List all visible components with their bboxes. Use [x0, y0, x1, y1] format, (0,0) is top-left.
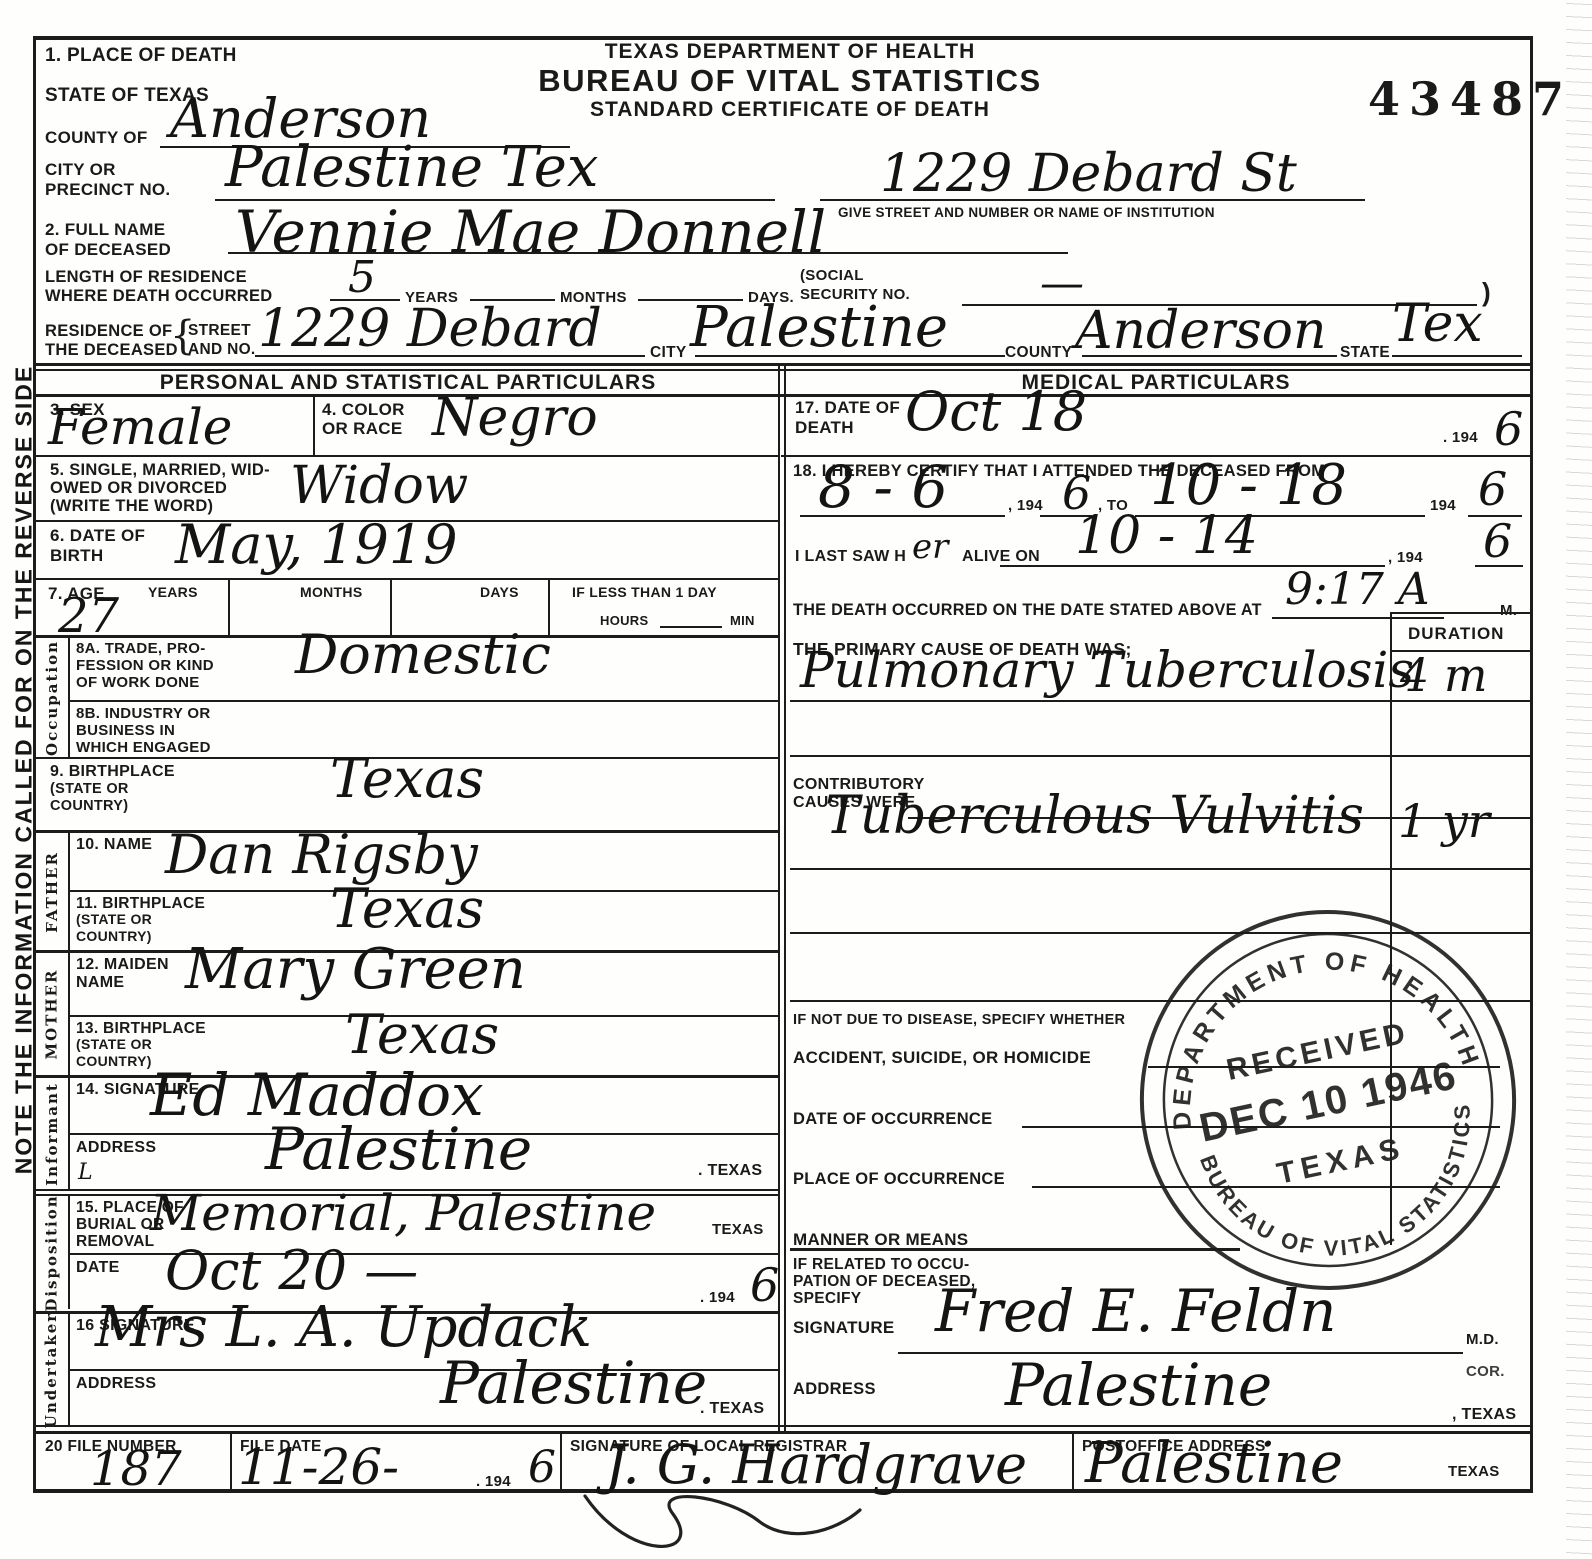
physician-address-label: ADDRESS	[793, 1380, 876, 1398]
birthdate-value: May, 1919	[175, 518, 458, 572]
ssn-close-paren: )	[1482, 278, 1491, 307]
duration-label: DURATION	[1408, 624, 1504, 643]
contributory-value: Tuberculous Vulvitis	[825, 790, 1364, 842]
street-hint: GIVE STREET AND NUMBER OR NAME OF INSTIT…	[838, 205, 1215, 220]
rule	[33, 394, 1533, 397]
mother-name-value: Mary Green	[185, 942, 526, 998]
marital-label-2: OWED OR DIVORCED	[50, 479, 227, 497]
informant-strip: Informant	[35, 1078, 70, 1189]
father-name-label: 10. NAME	[76, 836, 152, 854]
trade-label-2: FESSION OR KIND	[76, 658, 214, 675]
age-less-label: IF LESS THAN 1 DAY	[572, 585, 717, 601]
related-label-1: IF RELATED TO OCCU-	[793, 1256, 969, 1273]
rule	[790, 755, 1533, 757]
city-value: Palestine Tex	[225, 140, 599, 196]
city-label-1: CITY OR	[45, 160, 116, 179]
ssn-label-1: (SOCIAL	[800, 268, 864, 285]
color-label-2: OR RACE	[322, 419, 403, 438]
residence-years-value: 5	[348, 256, 376, 300]
ssn-value: —	[1040, 262, 1084, 306]
street-value: 1229 Debard St	[880, 148, 1297, 200]
burial-date-year-hw: 6	[750, 1262, 779, 1308]
stray-pen-stroke	[555, 1492, 885, 1558]
not-disease-label: IF NOT DUE TO DISEASE, SPECIFY WHETHER	[793, 1012, 1125, 1028]
trade-value: Domestic	[295, 628, 551, 682]
duration-box-top	[1390, 612, 1533, 614]
rule	[33, 363, 1533, 366]
certify-year2-hw: 6	[1478, 466, 1507, 512]
sex-value: Female	[48, 402, 232, 452]
marital-value: Widow	[290, 460, 468, 512]
rule	[1082, 355, 1337, 357]
death-date-year-printed: . 194	[1443, 430, 1478, 447]
residence-county-value: Anderson	[1075, 305, 1326, 357]
last-saw-label-1: I LAST SAW H	[795, 548, 906, 566]
county-label: COUNTY OF	[45, 128, 148, 147]
certify-year1-printed: , 194	[1008, 498, 1043, 515]
fullname-label-1: 2. FULL NAME	[45, 220, 165, 239]
birthdate-label-2: BIRTH	[50, 546, 103, 565]
burial-label-3: REMOVAL	[76, 1233, 154, 1250]
burial-date-year-printed: . 194	[700, 1290, 735, 1307]
column-divider	[784, 363, 786, 1432]
undertaker-strip: Undertaker	[35, 1314, 70, 1425]
residence-label-2: THE DECEASED	[45, 341, 178, 359]
mother-name-label-1: 12. MAIDEN	[76, 956, 169, 974]
burial-date-label: DATE	[76, 1259, 120, 1277]
color-label-1: 4. COLOR	[322, 400, 405, 419]
mother-name-label-2: NAME	[76, 974, 124, 992]
last-saw-label-2: ALIVE ON	[962, 548, 1040, 566]
burial-date-value: Oct 20 —	[165, 1244, 418, 1298]
age-years-label: YEARS	[148, 585, 198, 601]
mother-bp-label-1: 13. BIRTHPLACE	[76, 1020, 206, 1037]
residence-length-label-2: WHERE DEATH OCCURRED	[45, 287, 273, 305]
physician-address-value: Palestine	[1005, 1356, 1272, 1414]
mother-bp-value: Texas	[345, 1008, 499, 1062]
place-of-death-label: 1. PLACE OF DEATH	[45, 45, 237, 66]
death-time-label: THE DEATH OCCURRED ON THE DATE STATED AB…	[793, 601, 1262, 619]
father-bp-label-1: 11. BIRTHPLACE	[76, 895, 205, 912]
rule	[790, 700, 1533, 702]
burial-value: Memorial, Palestine	[150, 1188, 656, 1238]
manner-label: MANNER OR MEANS	[793, 1230, 968, 1249]
death-certificate-scan: NOTE THE INFORMATION CALLED FOR ON THE R…	[0, 0, 1592, 1559]
birthplace-label-1: 9. BIRTHPLACE	[50, 763, 175, 781]
residence-county-label: COUNTY	[1005, 344, 1072, 361]
street-no-label-1: STREET	[188, 322, 251, 339]
father-bp-label-3: COUNTRY)	[76, 929, 152, 945]
death-date-value: Oct 18	[905, 385, 1087, 439]
postoffice-state: TEXAS	[1448, 1464, 1500, 1481]
postoffice-value: Palestine	[1085, 1436, 1343, 1492]
undertaker-addr-value: Palestine	[440, 1354, 707, 1412]
title-line: STANDARD CERTIFICATE OF DEATH	[460, 98, 1120, 122]
rule	[1272, 617, 1444, 619]
rule	[228, 578, 230, 635]
rule	[1475, 565, 1523, 567]
mother-strip: MOTHER	[35, 953, 70, 1075]
undertaker-addr-state: . TEXAS	[700, 1400, 764, 1418]
rule	[790, 868, 1533, 870]
mother-bp-label-3: COUNTRY)	[76, 1054, 152, 1070]
physician-address-state: , TEXAS	[1452, 1406, 1516, 1424]
rule	[660, 626, 722, 628]
rule	[1392, 355, 1522, 357]
informant-addr-state: . TEXAS	[698, 1162, 762, 1180]
age-days-label: DAYS	[480, 585, 519, 601]
form-masthead: TEXAS DEPARTMENT OF HEALTH BUREAU OF VIT…	[460, 40, 1120, 122]
file-date-value: 11-26-	[238, 1442, 399, 1492]
certify-from-value: 8 - 6	[818, 458, 948, 516]
street-no-label-2: AND NO.	[188, 341, 256, 358]
death-date-label-2: DEATH	[795, 418, 854, 437]
father-name-value: Dan Rigsby	[165, 828, 478, 882]
marital-label-1: 5. SINGLE, MARRIED, WID-	[50, 461, 270, 479]
dept-line: TEXAS DEPARTMENT OF HEALTH	[460, 40, 1120, 64]
industry-label-3: WHICH ENGAGED	[76, 740, 211, 757]
city-label-2: PRECINCT NO.	[45, 180, 170, 199]
trade-label-1: 8A. TRADE, PRO-	[76, 641, 206, 658]
age-months-label: MONTHS	[300, 585, 362, 601]
birthplace-label-2: (STATE OR	[50, 781, 129, 797]
mother-bp-label-2: (STATE OR	[76, 1037, 152, 1053]
file-number-value: 187	[90, 1445, 182, 1493]
contributory-duration: 1 yr	[1398, 798, 1490, 844]
registrar-value: J. G. Hardgrave	[605, 1438, 1027, 1492]
birthplace-value: Texas	[330, 752, 484, 806]
undertaker-sig-value: Mrs L. A. Updack	[95, 1300, 592, 1356]
primary-cause-value: Pulmonary Tuberculosis	[800, 645, 1414, 695]
color-value: Negro	[432, 392, 598, 444]
physician-signature-label: SIGNATURE	[793, 1318, 895, 1337]
residence-city-value: Palestine	[690, 300, 948, 356]
age-hours-label: HOURS	[600, 614, 648, 629]
rule	[820, 199, 1365, 201]
rule	[313, 394, 315, 455]
residence-street-value: 1229 Debard	[258, 303, 602, 355]
certificate-number: 43487	[1368, 72, 1573, 126]
trade-label-3: OF WORK DONE	[76, 675, 200, 692]
last-saw-year-hw: 6	[1483, 518, 1512, 564]
residence-length-label-1: LENGTH OF RESIDENCE	[45, 268, 247, 286]
last-saw-er-hw: er	[912, 530, 948, 564]
father-strip: FATHER	[35, 833, 70, 950]
residence-state-value: Tex	[1392, 298, 1483, 350]
file-date-year-printed: . 194	[476, 1474, 511, 1491]
primary-cause-duration: 4 m	[1400, 652, 1488, 698]
residence-label-1: RESIDENCE OF	[45, 322, 172, 340]
informant-addr-stray-mark: L	[78, 1162, 93, 1184]
rule	[800, 515, 1005, 517]
death-time-value: 9:17 A	[1285, 568, 1430, 612]
occupation-strip: Occupation	[35, 638, 70, 757]
fullname-label-2: OF DECEASED	[45, 240, 171, 259]
rule	[255, 355, 645, 357]
certify-year2-printed: 194	[1430, 498, 1456, 515]
rule	[70, 700, 779, 702]
rule	[1072, 1431, 1074, 1489]
stamp-texas-text: TEXAS	[1274, 1131, 1408, 1190]
rule	[560, 1431, 562, 1489]
cor-label: COR.	[1466, 1364, 1505, 1381]
father-bp-label-2: (STATE OR	[76, 912, 152, 928]
father-bp-value: Texas	[330, 882, 484, 936]
rule	[230, 1431, 232, 1489]
md-label: M.D.	[1466, 1332, 1499, 1349]
industry-label-2: BUSINESS IN	[76, 723, 175, 740]
age-min-label: MIN	[730, 614, 755, 629]
birthplace-label-3: COUNTRY)	[50, 798, 128, 814]
border-right	[1530, 36, 1533, 1493]
related-label-3: SPECIFY	[793, 1290, 861, 1307]
medical-section-title: MEDICAL PARTICULARS	[781, 371, 1531, 395]
informant-addr-label: ADDRESS	[76, 1139, 156, 1157]
death-date-label-1: 17. DATE OF	[795, 398, 900, 417]
rule	[33, 1425, 1533, 1427]
date-occurrence-label: DATE OF OCCURRENCE	[793, 1110, 992, 1128]
place-occurrence-label: PLACE OF OCCURRENCE	[793, 1170, 1005, 1188]
informant-addr-value: Palestine	[265, 1120, 532, 1178]
received-stamp: DEPARTMENT OF HEALTH BUREAU OF VITAL STA…	[1128, 900, 1528, 1300]
undertaker-addr-label: ADDRESS	[76, 1375, 156, 1393]
rule	[695, 355, 1005, 357]
rule	[35, 578, 779, 580]
birthdate-label-1: 6. DATE OF	[50, 526, 145, 545]
bureau-line: BUREAU OF VITAL STATISTICS	[460, 64, 1120, 99]
residence-city-label: CITY	[650, 344, 687, 361]
death-date-year-hw: 6	[1494, 406, 1523, 452]
burial-state: TEXAS	[712, 1222, 764, 1239]
residence-state-label: STATE	[1340, 344, 1390, 361]
industry-label-1: 8B. INDUSTRY OR	[76, 706, 211, 723]
last-saw-value: 10 - 14	[1075, 510, 1258, 562]
accident-label: ACCIDENT, SUICIDE, OR HOMICIDE	[793, 1048, 1091, 1067]
personal-section-title: PERSONAL AND STATISTICAL PARTICULARS	[35, 371, 781, 395]
age-value: 27	[58, 592, 119, 640]
disposition-strip: Disposition	[35, 1196, 70, 1309]
file-date-year-hw: 6	[528, 1446, 556, 1490]
scan-edge-noise	[1566, 0, 1592, 1559]
